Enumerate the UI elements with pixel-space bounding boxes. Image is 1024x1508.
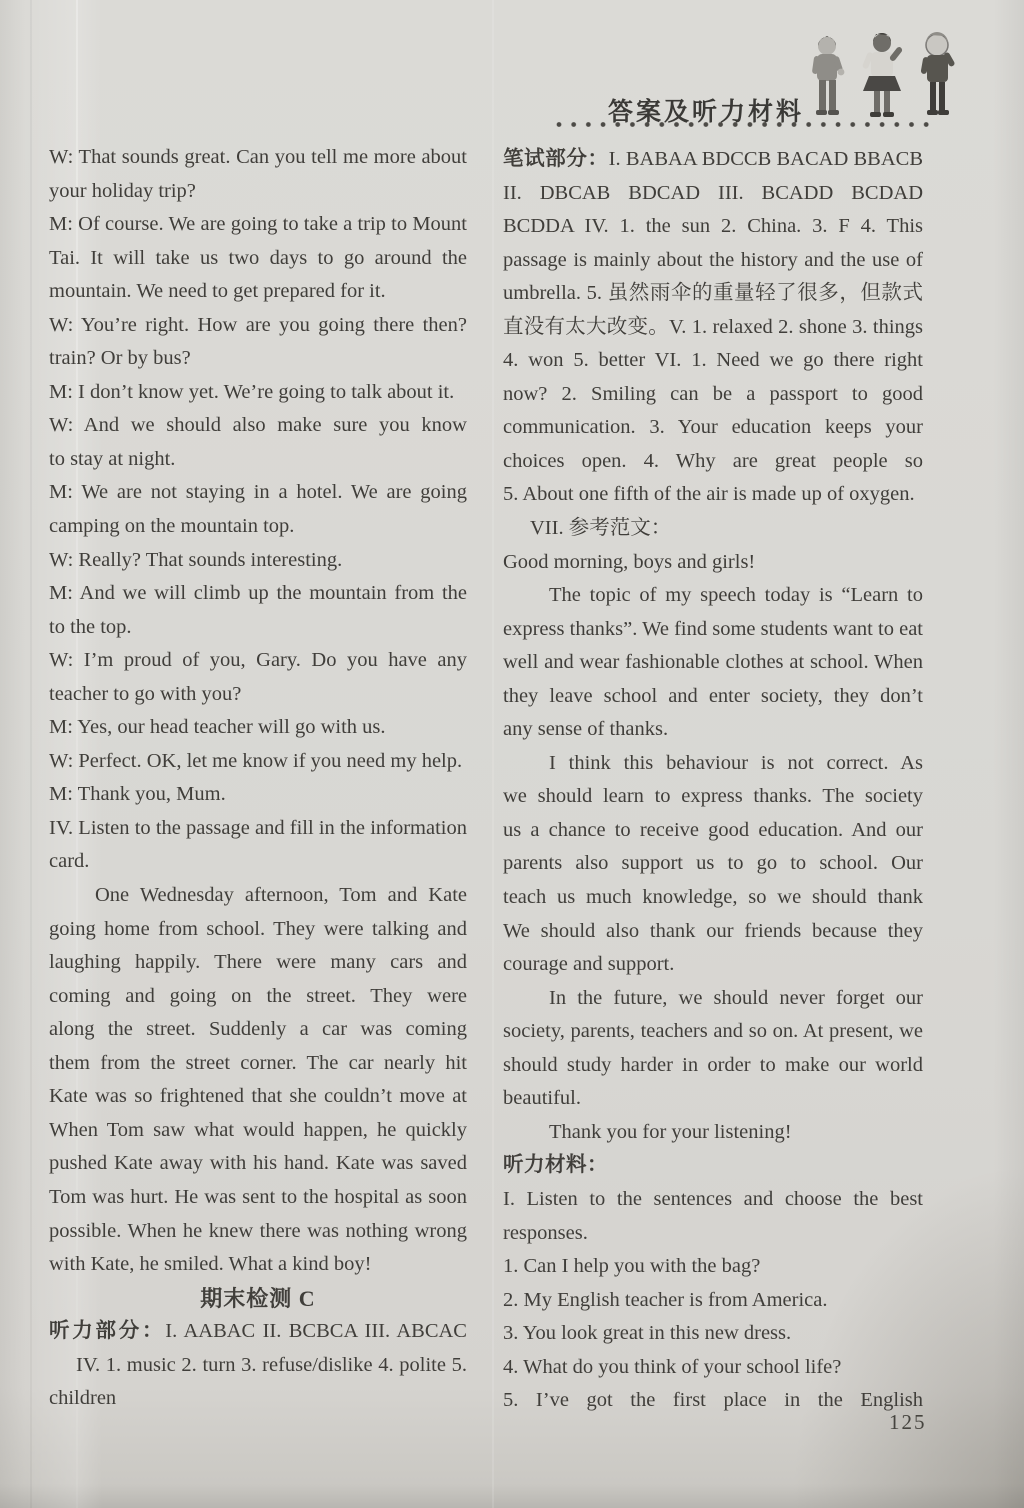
text-line: 笔试部分：I. BABAA BDCCB BACAD BBACB — [503, 143, 923, 177]
text-line: The topic of my speech today is “Learn t… — [503, 579, 923, 613]
text-line: your holiday trip? — [49, 175, 467, 209]
text-line: 听力材料： — [503, 1149, 923, 1183]
text-line: responses. — [503, 1217, 923, 1251]
section-label: 听力材料： — [503, 1154, 608, 1176]
text-line: 4. What do you think of your school life… — [503, 1351, 923, 1385]
text-line: 直没有太大改变。V. 1. relaxed 2. shone 3. things — [503, 311, 923, 345]
text-line: II. DBCAB BDCAD III. BCADD BCDAD — [503, 177, 923, 211]
section-label: 听力部分： — [49, 1320, 165, 1342]
text-line: VII. 参考范文： — [503, 512, 923, 546]
student-figure — [920, 32, 955, 115]
text-line: Kate was so frightened that she couldn’t… — [49, 1080, 467, 1114]
text-line: any sense of thanks. — [503, 713, 923, 747]
text-line: When Tom saw what would happen, he quick… — [49, 1114, 467, 1148]
text-line: courage and support. — [503, 948, 923, 982]
text-line: express thanks”. We find some students w… — [503, 613, 923, 647]
paper-fold-line — [492, 0, 494, 1508]
text-line: mountain. We need to get prepared for it… — [49, 275, 467, 309]
text-line: now? 2. Smiling can be a passport to goo… — [503, 378, 923, 412]
section-label: 笔试部分： — [503, 148, 609, 170]
text-line: We should also thank our friends because… — [503, 915, 923, 949]
student-figure — [812, 36, 845, 115]
text-line: Good morning, boys and girls! — [503, 546, 923, 580]
text-line: 3. You look great in this new dress. — [503, 1317, 923, 1351]
text-line: 4. won 5. better VI. 1. Need we go there… — [503, 344, 923, 378]
three-students-illustration — [795, 28, 971, 124]
text-line: M: I don’t know yet. We’re going to talk… — [49, 376, 467, 410]
text-line: W: Really? That sounds interesting. — [49, 544, 467, 578]
paper-fold-line — [30, 0, 32, 1508]
text-line: with Kate, he smiled. What a kind boy! — [49, 1248, 467, 1282]
text-line: M: Of course. We are going to take a tri… — [49, 208, 467, 242]
text-line: M: Yes, our head teacher will go with us… — [49, 711, 467, 745]
text-line: card. — [49, 845, 467, 879]
text-line: they leave school and enter society, the… — [503, 680, 923, 714]
text-line: IV. Listen to the passage and fill in th… — [49, 812, 467, 846]
page-number: 125 — [889, 1410, 927, 1435]
text-line: well and wear fashionable clothes at sch… — [503, 646, 923, 680]
text-line: W: Perfect. OK, let me know if you need … — [49, 745, 467, 779]
text-line: choices open. 4. Why are great people so… — [503, 445, 923, 479]
text-line: them from the street corner. The car nea… — [49, 1047, 467, 1081]
text-line: coming and going on the street. They wer… — [49, 980, 467, 1014]
text-line: to stay at night. — [49, 443, 467, 477]
answer-key-page: 答案及听力材料 — [0, 0, 1024, 1508]
text-line: 期末检测 C — [49, 1282, 467, 1316]
text-line: M: We are not staying in a hotel. We are… — [49, 476, 467, 510]
text-line: 1. Can I help you with the bag? — [503, 1250, 923, 1284]
text-line: along the street. Suddenly a car was com… — [49, 1013, 467, 1047]
left-text-column: W: That sounds great. Can you tell me mo… — [49, 141, 467, 1416]
text-line: we should learn to express thanks. The s… — [503, 780, 923, 814]
text-line: Thank you for your listening! — [503, 1116, 923, 1150]
text-line: 听力部分：I. AABAC II. BCBCA III. ABCAC — [49, 1315, 467, 1349]
text-line: passage is mainly about the history and … — [503, 244, 923, 278]
text-line: train? Or by bus? — [49, 342, 467, 376]
text-line: I think this behaviour is not correct. A… — [503, 747, 923, 781]
student-figure — [862, 33, 903, 117]
text-line: pushed Kate away with his hand. Kate was… — [49, 1147, 467, 1181]
text-line: laughing happily. There were many cars a… — [49, 946, 467, 980]
text-line: camping on the mountain top. — [49, 510, 467, 544]
text-line: One Wednesday afternoon, Tom and Kate we… — [49, 879, 467, 913]
text-line: society, parents, teachers and so on. At… — [503, 1015, 923, 1049]
text-line: going home from school. They were talkin… — [49, 913, 467, 947]
text-line: teach us much knowledge, so we should th… — [503, 881, 923, 915]
text-line: 5. About one fifth of the air is made up… — [503, 478, 923, 512]
text-line: W: That sounds great. Can you tell me mo… — [49, 141, 467, 175]
text-line: IV. 1. music 2. turn 3. refuse/dislike 4… — [49, 1349, 467, 1383]
text-line: BCDDA IV. 1. the sun 2. China. 3. F 4. T… — [503, 210, 923, 244]
text-line: to the top. — [49, 611, 467, 645]
text-line: children — [49, 1382, 467, 1416]
text-line: W: You’re right. How are you going there… — [49, 309, 467, 343]
text-line: Tom was hurt. He was sent to the hospita… — [49, 1181, 467, 1215]
text-line: Tai. It will take us two days to go arou… — [49, 242, 467, 276]
text-line: 5. I’ve got the first place in the Engli… — [503, 1384, 923, 1418]
text-line: possible. When he knew there was nothing… — [49, 1215, 467, 1249]
text-line: W: And we should also make sure you know… — [49, 409, 467, 443]
text-line: I. Listen to the sentences and choose th… — [503, 1183, 923, 1217]
text-line: teacher to go with you? — [49, 678, 467, 712]
text-line: communication. 3. Your education keeps y… — [503, 411, 923, 445]
text-line: W: I’m proud of you, Gary. Do you have a… — [49, 644, 467, 678]
text-line: beautiful. — [503, 1082, 923, 1116]
text-line: M: Thank you, Mum. — [49, 778, 467, 812]
right-text-column: 笔试部分：I. BABAA BDCCB BACAD BBACBII. DBCAB… — [503, 143, 923, 1418]
text-line: umbrella. 5. 虽然雨伞的重量轻了很多，但款式一 — [503, 277, 923, 311]
text-line: us a chance to receive good education. A… — [503, 814, 923, 848]
text-line: M: And we will climb up the mountain fro… — [49, 577, 467, 611]
text-line: In the future, we should never forget ou… — [503, 982, 923, 1016]
text-line: 2. My English teacher is from America. — [503, 1284, 923, 1318]
text-line: should study harder in order to make our… — [503, 1049, 923, 1083]
text-line: parents also support us to go to school.… — [503, 847, 923, 881]
